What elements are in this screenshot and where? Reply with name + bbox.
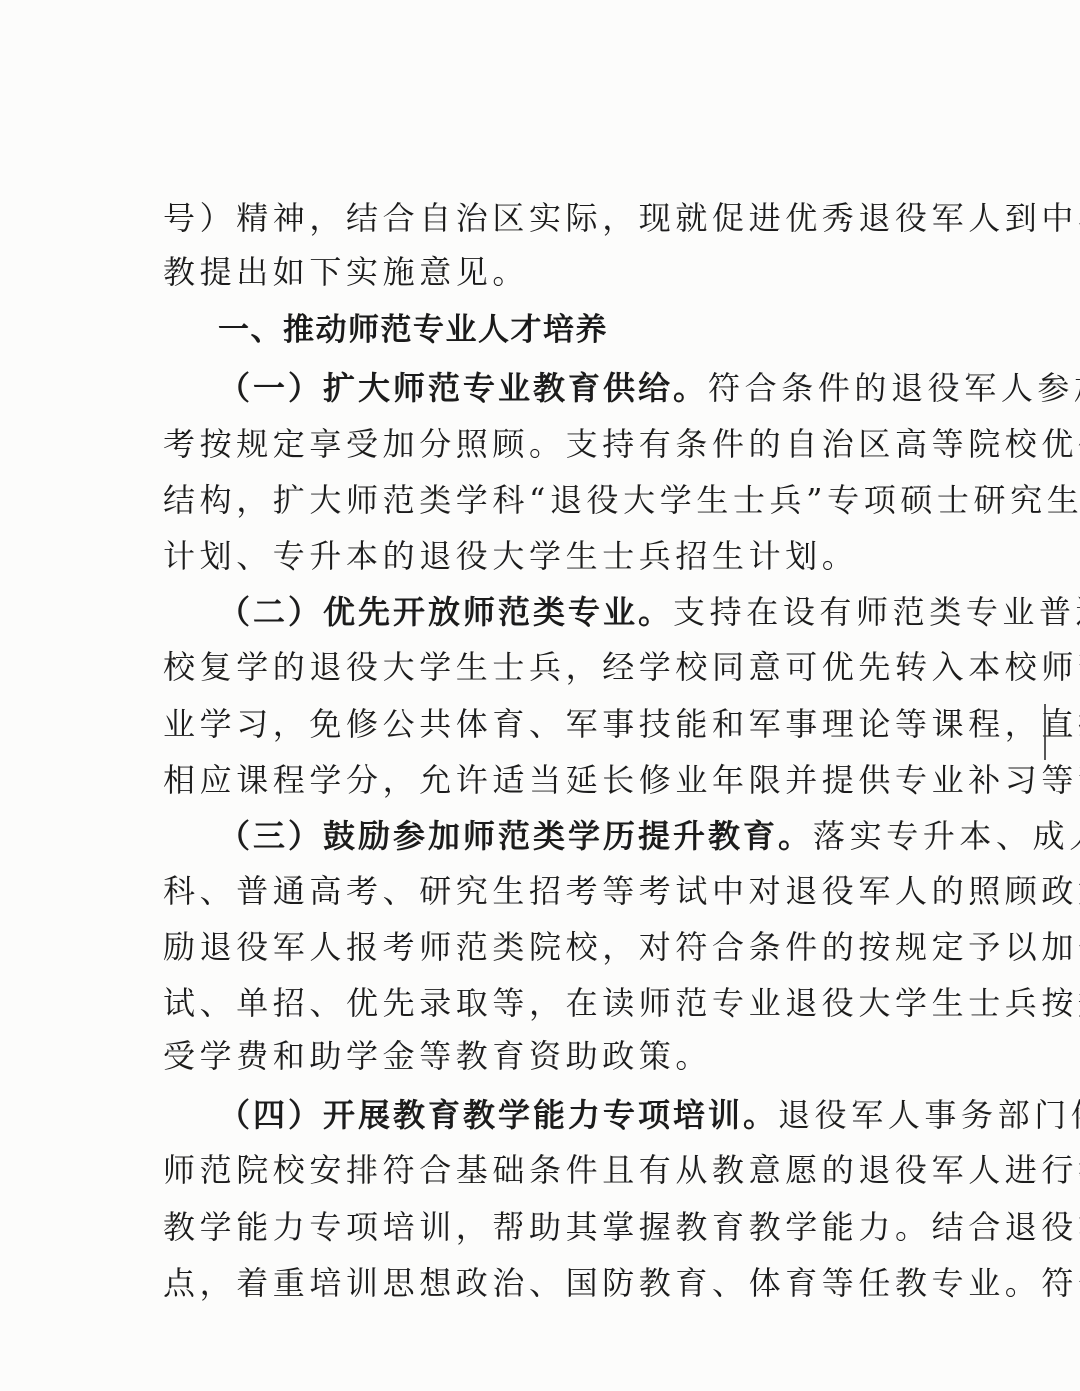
item-1-line-3: 结构，扩大师范类学科“退役大学生士兵”专项硕士研究生招生 [163,480,939,520]
section-heading: 一、推动师范专业人才培养 [218,310,608,350]
item-2-lead: （二）优先开放师范类专业。 [218,593,673,631]
item-1-first-line-rest: 符合条件的退役军人参加高 [708,369,1080,407]
item-1-line-4: 计划、专升本的退役大学生士兵招生计划。 [163,536,858,576]
item-4-line-4: 点，着重培训思想政治、国防教育、体育等任教专业。符合教师 [163,1263,939,1303]
item-3-first-line-rest: 落实专升本、成人本 [813,817,1080,855]
item-2-line-3: 业学习，免修公共体育、军事技能和军事理论等课程，直接获得 [163,704,939,744]
item-2-first-line: （二）优先开放师范类专业。支持在设有师范类专业普通高 [218,592,939,632]
item-3-line-2: 科、普通高考、研究生招考等考试中对退役军人的照顾政策，鼓 [163,871,939,911]
intro-line-2: 教提出如下实施意见。 [163,252,529,292]
document-page: 号）精神，结合自治区实际，现就促进优秀退役军人到中小学任 教提出如下实施意见。 … [0,0,1080,1391]
item-3-first-line: （三）鼓励参加师范类学历提升教育。落实专升本、成人本 [218,816,939,856]
item-2-line-4: 相应课程学分，允许适当延长修业年限并提供专业补习等帮助。 [163,760,939,800]
item-2-line-2: 校复学的退役大学生士兵，经学校同意可优先转入本校师范类专 [163,647,939,687]
item-1-lead: （一）扩大师范专业教育供给。 [218,369,708,407]
item-4-line-3: 教学能力专项培训，帮助其掌握教育教学能力。结合退役军人特 [163,1207,939,1247]
item-3-lead: （三）鼓励参加师范类学历提升教育。 [218,817,813,855]
intro-line-1: 号）精神，结合自治区实际，现就促进优秀退役军人到中小学任 [163,198,939,238]
margin-mark [1044,704,1046,760]
item-4-first-line: （四）开展教育教学能力专项培训。退役军人事务部门依托 [218,1095,939,1135]
item-4-line-2: 师范院校安排符合基础条件且有从教意愿的退役军人进行教育 [163,1150,939,1190]
item-1-first-line: （一）扩大师范专业教育供给。符合条件的退役军人参加高 [218,368,939,408]
item-3-line-5: 受学费和助学金等教育资助政策。 [163,1036,712,1076]
item-3-line-3: 励退役军人报考师范类院校，对符合条件的按规定予以加分、免 [163,927,939,967]
item-3-line-4: 试、单招、优先录取等，在读师范专业退役大学生士兵按规定享 [163,983,939,1023]
item-1-line-2: 考按规定享受加分照顾。支持有条件的自治区高等院校优化招生 [163,424,939,464]
item-4-first-line-rest: 退役军人事务部门依托 [778,1096,1080,1134]
item-4-lead: （四）开展教育教学能力专项培训。 [218,1096,778,1134]
item-2-first-line-rest: 支持在设有师范类专业普通高 [673,593,1080,631]
